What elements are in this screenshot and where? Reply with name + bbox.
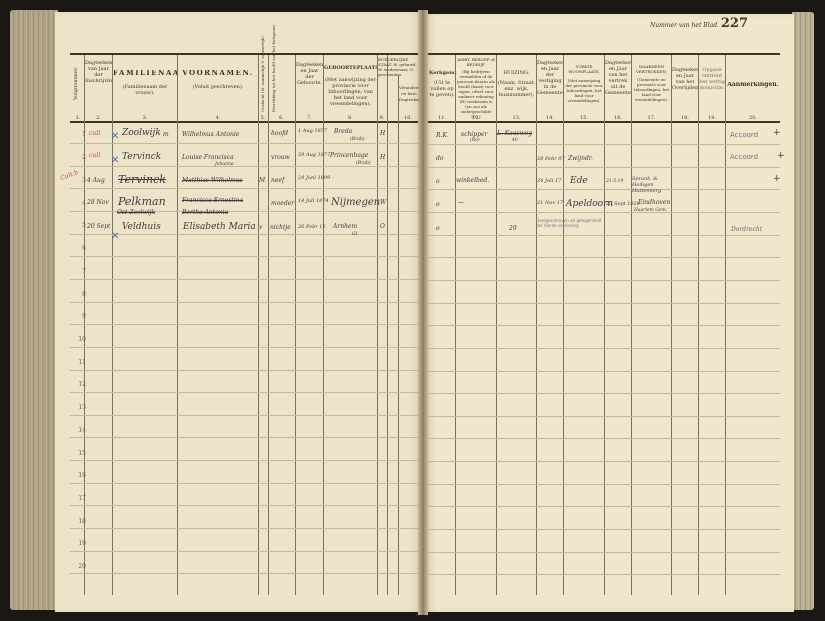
birthplace: Arnhem [333, 223, 357, 230]
margin-mark: cult [89, 130, 101, 137]
row-line [70, 279, 418, 280]
header-vorige-woonplaats-sub: (Met aanwijzing der provincie voor Inboo… [564, 78, 604, 103]
x-mark-icon: ✕ [111, 131, 119, 142]
relation: hoofd [271, 130, 288, 137]
header-beroep: AMBT, BEROEP of BEDRIJF. (Bij bedrijven … [456, 57, 496, 119]
row-number: 3 [74, 177, 86, 184]
previous-residence: Ede [570, 176, 588, 186]
col-line [323, 55, 324, 595]
row-number: 20 [74, 563, 86, 570]
col-line [177, 55, 178, 595]
settlement-date: 28 Febr 07 [537, 156, 565, 162]
col-line [377, 55, 378, 595]
relation: nichtje [270, 224, 291, 231]
religion: o [436, 201, 440, 208]
destination-sub: Haarlem Gem. [634, 208, 667, 213]
header-huizing-sub: (Naam, Straat, enz. wijk, huisnummer). [497, 80, 536, 98]
row-line [428, 552, 780, 553]
remark-stamp: Accoord [730, 131, 758, 139]
row-number: 16 [74, 472, 86, 479]
birthplace: Nijmegen [331, 197, 380, 208]
religion: o [436, 225, 440, 232]
previous-residence: Zwijndr. [568, 155, 593, 162]
header-top-rule-left [70, 53, 418, 55]
birth-date: 1 Aug 1877 [298, 128, 327, 134]
row-number: 12 [74, 381, 86, 388]
col-number: 2. [85, 115, 112, 121]
registration-date: 4 Aug [87, 177, 105, 184]
header-voornamen: VOORNAMEN. (Voluit geschreven). [178, 70, 258, 90]
row-line [428, 416, 780, 417]
col-number: 9. [377, 115, 387, 121]
col-number: 19. [699, 115, 725, 121]
header-voornamen-title: VOORNAMEN. [178, 70, 258, 76]
row-line [70, 166, 418, 167]
header-kerkgenootschap: Kerkgenootschap. (Uit te vullen op te ge… [429, 70, 455, 98]
col-number: 20. [726, 115, 780, 121]
relation: neef [271, 177, 284, 184]
book-gutter [418, 10, 428, 615]
header-aanmerkingen: Aanmerkingen. [726, 82, 780, 88]
residence-number: 40 [512, 138, 518, 143]
row-line [70, 392, 418, 393]
header-geslacht: Geslacht (M. mannelijk V. vrouwelijk) [260, 36, 265, 112]
row-line [70, 234, 418, 235]
row-number: 8 [74, 291, 86, 298]
col-number: 18. [672, 115, 698, 121]
col-line [398, 75, 399, 595]
row-number: 11 [74, 359, 86, 366]
row-line [428, 371, 780, 372]
row-number: 7 [74, 268, 86, 275]
row-line [428, 506, 780, 507]
row-line [70, 460, 418, 461]
col-number: 13. [497, 115, 536, 121]
header-waarheen-title: WAARHEEN VERTROKKEN. [632, 64, 671, 74]
header-huizing-title: HUIZING. [497, 70, 536, 76]
birthplace-province: (Brab) [356, 161, 371, 166]
header-voornamen-sub: (Voluit geschreven). [178, 84, 258, 90]
col-number: 7. [296, 115, 323, 121]
col-number: 5. [258, 115, 268, 121]
destination: Eindhoven [638, 199, 670, 206]
row-line [70, 505, 418, 506]
transfer-stamp: Overgeschreven uit gelegenheid der Vierd… [536, 218, 606, 228]
row-line [70, 573, 418, 574]
family-name-previous: Ost Zoolwijk [117, 209, 155, 216]
header-kerkgenootschap-sub: (Uit te vullen op te geven). [429, 80, 455, 98]
row-line [428, 574, 780, 575]
row-line [70, 302, 418, 303]
header-vorige-woonplaats-title: VORIGE WOONPLAATS. [564, 64, 604, 74]
row-line [428, 348, 780, 349]
header-betrekking: Betrekking tot het hoofd van het huisgez… [271, 25, 276, 112]
row-number: 2 [74, 154, 86, 161]
civil-status: W [380, 199, 386, 206]
row-line [70, 415, 418, 416]
row-number: 9 [74, 313, 86, 320]
given-names: Wilhelmus Antonie [182, 131, 239, 138]
given-names: Matthias Wilhelmus [182, 177, 243, 184]
row-line [428, 235, 780, 236]
row-number: 18 [74, 518, 86, 525]
departure-date: 23 Sept 1920 [606, 201, 640, 207]
given-names-previous: Bertha Antonia [182, 209, 228, 216]
header-beroep-sub: (Bij bedrijven vermelden of de persoon d… [456, 69, 496, 119]
family-name: Pelkman [118, 195, 166, 208]
header-geboorteplaats-title: GEBOORTEPLAATS. [324, 65, 377, 71]
row-line [70, 324, 418, 325]
col-line [258, 55, 259, 595]
row-line [70, 483, 418, 484]
cross-mark: + [777, 151, 785, 161]
civil-status: H [380, 154, 385, 161]
row-number: 17 [74, 495, 86, 502]
registration-date: 28 Nov [87, 199, 109, 206]
col-number: 4. [178, 115, 258, 121]
family-name: Tervinck [122, 152, 161, 162]
given-names: Louise Francisca [182, 154, 234, 161]
civil-status: H [380, 130, 385, 137]
row-line [70, 143, 418, 144]
row-line [428, 529, 780, 530]
page-number-value: 227 [721, 16, 748, 31]
registration-date: 20 Sept [87, 223, 110, 230]
row-line [428, 438, 780, 439]
row-line [70, 256, 418, 257]
given-names-extra: Johanna [215, 162, 234, 167]
col-number: 11. [429, 115, 455, 121]
row-number: 4 [74, 200, 86, 207]
religion: do [436, 155, 443, 162]
row-line [428, 212, 780, 213]
civil-status: O [380, 223, 385, 230]
col-number: 17. [632, 115, 671, 121]
row-line [70, 347, 418, 348]
page-number-label: Nummer van het Blad. [650, 22, 719, 29]
row-line [428, 257, 780, 258]
header-familienaam: FAMILIENAAM. (Familienaam der vrouw). [113, 70, 177, 96]
header-waarheen-sub: (Gemeente en provincie voor Inboorlingen… [632, 77, 671, 102]
row-number: 13 [74, 404, 86, 411]
col-number: 6. [268, 115, 295, 121]
religion: R.K. [436, 132, 449, 139]
x-mark-icon: ✕ [111, 155, 119, 166]
header-veranderingen: Veranderingen en hare Dagteekening [399, 85, 419, 103]
name-prefix: m [163, 131, 169, 138]
header-beroep-title: AMBT, BEROEP of BEDRIJF. [456, 57, 496, 67]
birthplace: Breda [334, 128, 352, 135]
header-geboorteplaats: GEBOORTEPLAATS. (Met aanwijzing der prov… [324, 65, 377, 107]
row-line [428, 325, 780, 326]
row-number: 19 [74, 540, 86, 547]
row-number: 10 [74, 336, 86, 343]
relation: moeder [271, 200, 294, 207]
header-vorige-woonplaats: VORIGE WOONPLAATS. (Met aanwijzing der p… [564, 64, 604, 103]
row-line [428, 484, 780, 485]
occupation: — [458, 199, 464, 206]
col-line [387, 55, 388, 595]
house-number: 29 [509, 225, 517, 232]
row-line [70, 551, 418, 552]
given-names: Francisca Ernestina [182, 197, 243, 204]
remark: Dordrecht [731, 226, 762, 233]
row-line [70, 370, 418, 371]
row-line [428, 461, 780, 462]
header-geboorteplaats-sub: (Met aanwijzing der provincie voor Inboo… [324, 77, 377, 107]
header-inschrijving: Dagteekening van Jaar der Inschrijving. [85, 60, 112, 84]
row-line [428, 280, 780, 281]
relation: vrouw [271, 154, 290, 161]
row-line [428, 189, 780, 190]
col-number: 10. [398, 115, 418, 121]
row-line [428, 144, 780, 145]
cross-mark: + [773, 128, 781, 138]
sex: v [259, 224, 262, 231]
left-page-edges [10, 10, 58, 610]
col-number: 14. [537, 115, 563, 121]
row-number: 6 [74, 245, 86, 252]
family-name: Veldhuis [122, 222, 161, 232]
header-huizing: HUIZING. (Naam, Straat, enz. wijk, huisn… [497, 70, 536, 98]
col-number: 1. [72, 115, 84, 121]
destination: Sprank. & Heiligen Hattemierg [632, 176, 674, 194]
remark-stamp: Accoord [730, 153, 758, 161]
header-vestiging: Dagteekening en Jaar der vestiging in de… [537, 60, 563, 96]
margin-mark: cult [89, 152, 101, 159]
row-line [70, 528, 418, 529]
birthplace-province: (Brab) [350, 137, 365, 142]
cross-mark: + [773, 174, 781, 184]
right-page-edges [792, 12, 814, 610]
col-line [268, 55, 269, 595]
header-vertrek: Dagteekening en Jaar van het vertrek uit… [605, 60, 631, 96]
header-volgnummer: Volgnummer. [73, 67, 79, 100]
given-names: Elisabeth Maria [183, 222, 256, 232]
row-number: 14 [74, 427, 86, 434]
birth-date: 26 Febr 11 [298, 224, 326, 230]
birth-date: 14 Juli 1874 [298, 198, 329, 204]
settlement-date: 21 Nov 17 [537, 200, 563, 206]
family-name: Tervinck [118, 173, 166, 186]
col-number: 8. [324, 115, 377, 121]
row-number: 1 [74, 131, 86, 138]
col-number: 16. [605, 115, 631, 121]
col-number: 15. [564, 115, 604, 121]
header-waarheen: WAARHEEN VERTROKKEN. (Gemeente en provin… [632, 64, 671, 102]
departure-date: 21-5-19 [606, 179, 623, 184]
header-geboorte: Dagteekening en Jaar der Geboorte. [296, 62, 323, 86]
birthplace: Princenhage [330, 152, 368, 159]
row-line [428, 393, 780, 394]
row-line [70, 188, 418, 189]
col-number: 12. [456, 115, 496, 121]
header-burgerlijke-staat: BURGERLIJKE STAAT. H. gehuwd, W. weduwna… [378, 57, 418, 77]
row-line [428, 167, 780, 168]
family-name: Zoolwijk [122, 128, 161, 138]
birth-date: 24 Juni 1899 [298, 175, 330, 181]
religion: o [436, 178, 440, 185]
header-overlijden: Dagteekening en Jaar van het Overlijden. [672, 67, 698, 91]
sex: M [259, 177, 265, 184]
header-domicilie: Opgave omtrent het wettig domicilie. [699, 67, 725, 91]
x-mark-icon: ✕ [111, 231, 119, 242]
register-book: Nummer van het Blad. 227 Volgnummer. Dag… [0, 0, 825, 621]
settlement-date: 24 Juli 17 [537, 178, 561, 184]
birth-date: 29 Aug 1877 [298, 152, 330, 158]
header-familienaam-sub: (Familienaam der vrouw). [113, 84, 177, 96]
header-familienaam-title: FAMILIENAAM. [113, 70, 177, 76]
page-number: Nummer van het Blad. 227 [650, 16, 748, 31]
residence: L. Kaasweg [497, 130, 532, 137]
header-bottom-rule-left [70, 121, 418, 123]
row-line [428, 303, 780, 304]
row-number: 15 [74, 450, 86, 457]
header-kerkgenootschap-title: Kerkgenootschap. [429, 70, 455, 76]
row-number: 5 [74, 222, 86, 229]
col-line [295, 55, 296, 595]
occupation: winkelbed. [456, 177, 489, 184]
occupation: schipper [461, 131, 487, 138]
birthplace-province: Gl. [352, 232, 358, 237]
occupation-sub: (Ro) [470, 138, 480, 143]
row-line [70, 437, 418, 438]
col-number: 3. [113, 115, 177, 121]
